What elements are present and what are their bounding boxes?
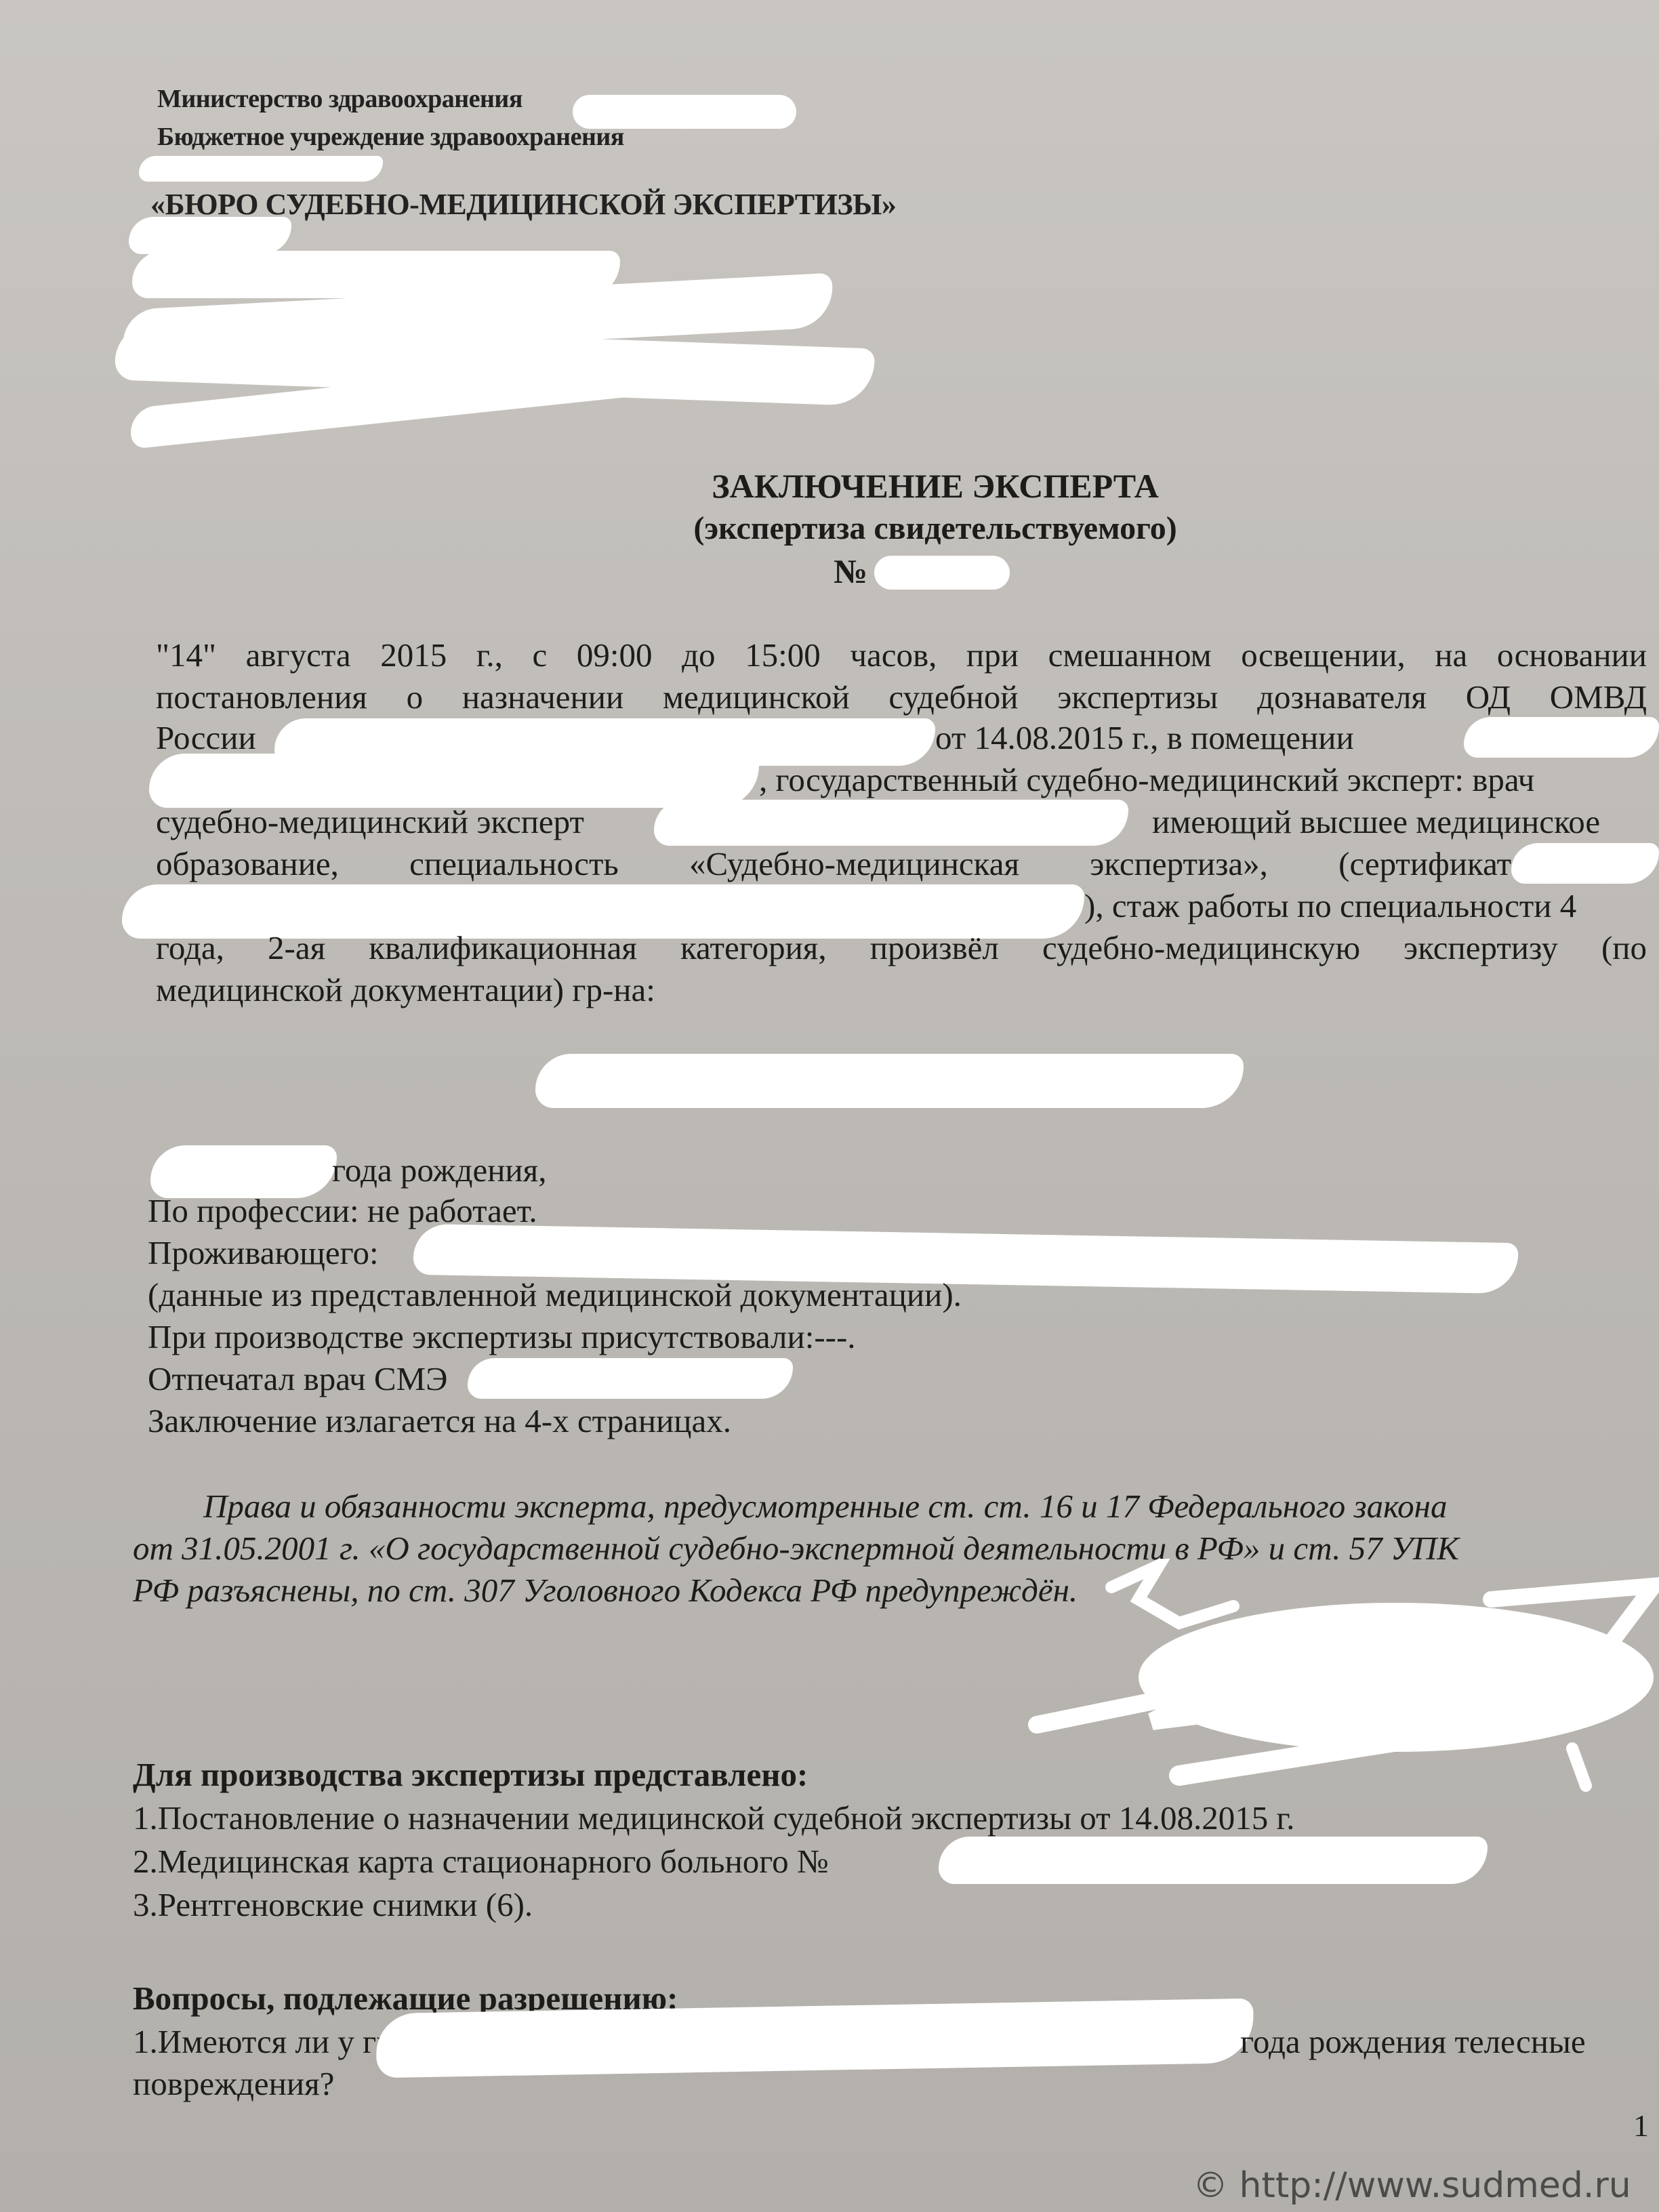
subject-birth: года рождения,: [332, 1149, 546, 1191]
redaction-mark: [468, 1358, 793, 1399]
redaction-mark: [939, 1837, 1488, 1884]
document-subtitle: (экспертиза свидетельствуемого): [529, 510, 1342, 547]
intro-line-4: , государственный судебно-медицинский эк…: [759, 759, 1534, 801]
redaction-mark: [1464, 717, 1659, 758]
watermark-link[interactable]: © http://www.sudmed.ru: [1193, 2165, 1631, 2206]
intro-line-8: года, 2-ая квалификационная категория, п…: [156, 927, 1647, 969]
header-institution: Бюджетное учреждение здравоохранения: [157, 122, 624, 152]
intro-line-2: постановления о назначении медицинской с…: [156, 676, 1647, 718]
provided-heading: Для производства экспертизы представлено…: [133, 1754, 808, 1796]
header-ministry: Министерство здравоохранения: [157, 84, 523, 114]
question-1-start: 1.Имеются ли у гр.: [133, 2021, 401, 2063]
redaction-mark: [535, 1054, 1244, 1108]
question-1-continued: повреждения?: [133, 2063, 334, 2105]
redaction-mark: [654, 800, 1128, 846]
intro-line-3b: от 14.08.2015 г., в помещении: [935, 717, 1354, 759]
rights-line-3: РФ разъяснены, по ст. 307 Уголовного Код…: [133, 1570, 1078, 1612]
redaction-mark: [129, 217, 291, 254]
redaction-mark: [874, 556, 1010, 590]
page-number: 1: [1633, 2108, 1649, 2144]
intro-line-5a: судебно-медицинский эксперт: [156, 801, 584, 843]
signature-redaction: [1017, 1559, 1659, 1803]
intro-line-3a: России: [156, 717, 256, 759]
intro-line-6: образование, специальность «Судебно-меди…: [156, 843, 1511, 885]
redaction-mark: [573, 95, 796, 129]
intro-line-5b: имеющий высшее медицинское: [1152, 801, 1600, 843]
provided-item-2: 2.Медицинская карта стационарного больно…: [133, 1841, 829, 1883]
subject-present: При производстве экспертизы присутствова…: [148, 1316, 856, 1358]
subject-typed-by: Отпечатал врач СМЭ: [148, 1358, 447, 1400]
intro-line-7: ), стаж работы по специальности 4: [1084, 885, 1576, 927]
question-1-end: года рождения телесные: [1240, 2021, 1586, 2063]
document-title: ЗАКЛЮЧЕНИЕ ЭКСПЕРТА: [529, 466, 1342, 506]
subject-residence-label: Проживающего:: [148, 1232, 379, 1274]
subject-data-source: (данные из представленной медицинской до…: [148, 1274, 962, 1316]
redaction-mark: [1511, 843, 1659, 884]
provided-item-1: 1.Постановление о назначении медицинской…: [133, 1797, 1294, 1839]
rights-line-1: Права и обязанности эксперта, предусмотр…: [203, 1486, 1447, 1528]
intro-line-9: медицинской документации) гр-на:: [156, 969, 655, 1011]
subject-pages: Заключение излагается на 4-х страницах.: [148, 1400, 731, 1442]
intro-line-1: "14" августа 2015 г., с 09:00 до 15:00 ч…: [156, 634, 1647, 676]
provided-item-3: 3.Рентгеновские снимки (6).: [133, 1884, 533, 1926]
document-page: Министерство здравоохранения Бюджетное у…: [0, 0, 1659, 2212]
redaction-mark: [139, 156, 383, 182]
redaction-mark: [149, 754, 759, 808]
